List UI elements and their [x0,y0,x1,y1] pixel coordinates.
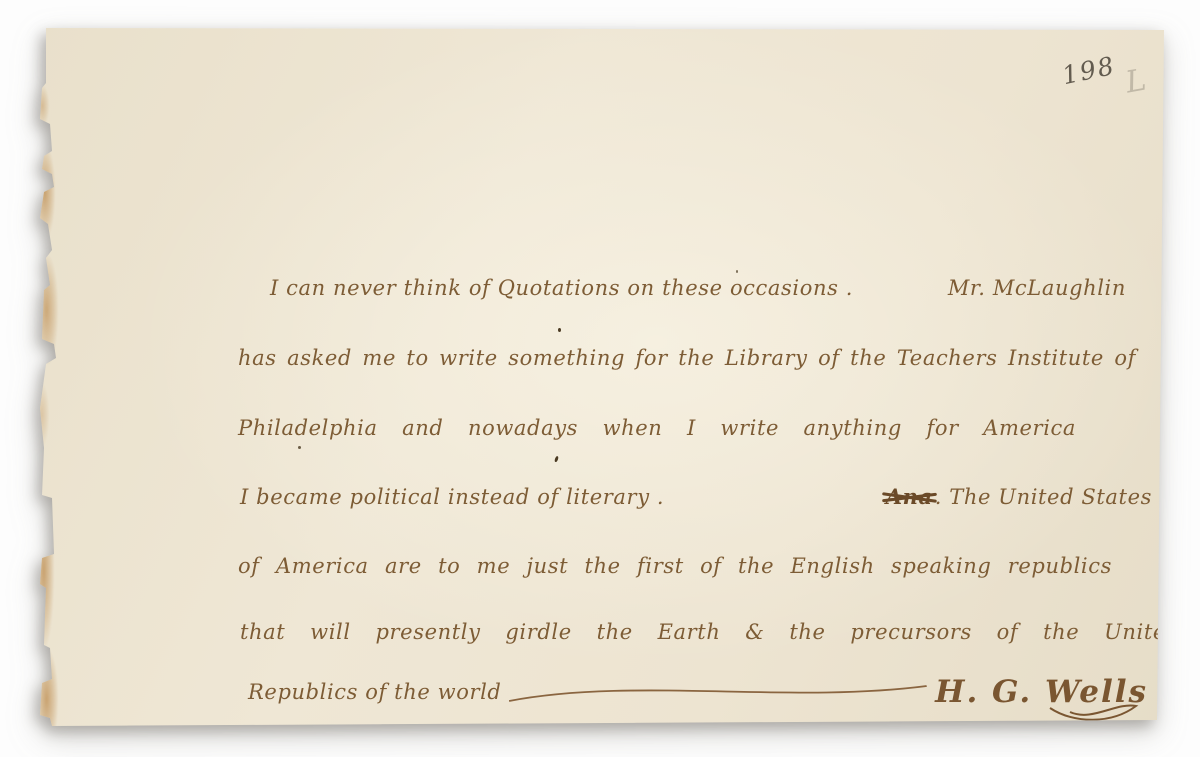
manuscript-line-1: I can never think of Quotations on these… [270,276,1126,300]
line-4-text: I became political instead of literary . [240,485,664,509]
ink-speck [736,270,738,273]
line-4-post-text: . The United States [935,485,1152,509]
photo-background: 198 L I can never think of Quotations on… [0,0,1200,757]
torn-edge-fiber [39,650,58,748]
struck-out-word: Ana [884,484,935,509]
ink-speck [554,456,558,462]
signature-underline-flourish [1046,702,1142,726]
corner-pencil-mark: L [1123,63,1149,101]
pen-flourish-stroke [509,677,927,707]
ink-speck [298,446,301,449]
manuscript-line-4: I became political instead of literary .… [240,484,1152,509]
torn-edge-fiber [37,496,54,646]
manuscript-page: 198 L I can never think of Quotations on… [36,28,1164,726]
manuscript-line-5: of America are to me just the first of t… [238,554,1112,578]
page-number: 198 [1060,51,1119,91]
manuscript-line-2: has asked me to write something for the … [238,346,1136,370]
torn-edge-fiber [39,256,58,364]
manuscript-line-3: Philadelphia and nowadays when I write a… [238,416,1076,440]
manuscript-line-6: that will presently girdle the Earth & t… [240,620,1180,644]
line-1-text: I can never think of Quotations on these… [270,276,853,300]
torn-edge-fiber [38,146,55,238]
ink-speck [558,328,561,332]
torn-edge-fiber [38,86,49,126]
signature-block: H. G. Wells [935,674,1148,710]
line-7-text: Republics of the world [248,680,501,704]
paper-sheet: 198 L I can never think of Quotations on… [36,28,1164,726]
line-4-end: Ana. The United States [884,484,1152,509]
manuscript-line-7: Republics of the world H. G. Wells [248,674,1148,710]
line-1-right-text: Mr. McLaughlin [948,276,1126,300]
torn-edge-fiber [37,384,49,446]
